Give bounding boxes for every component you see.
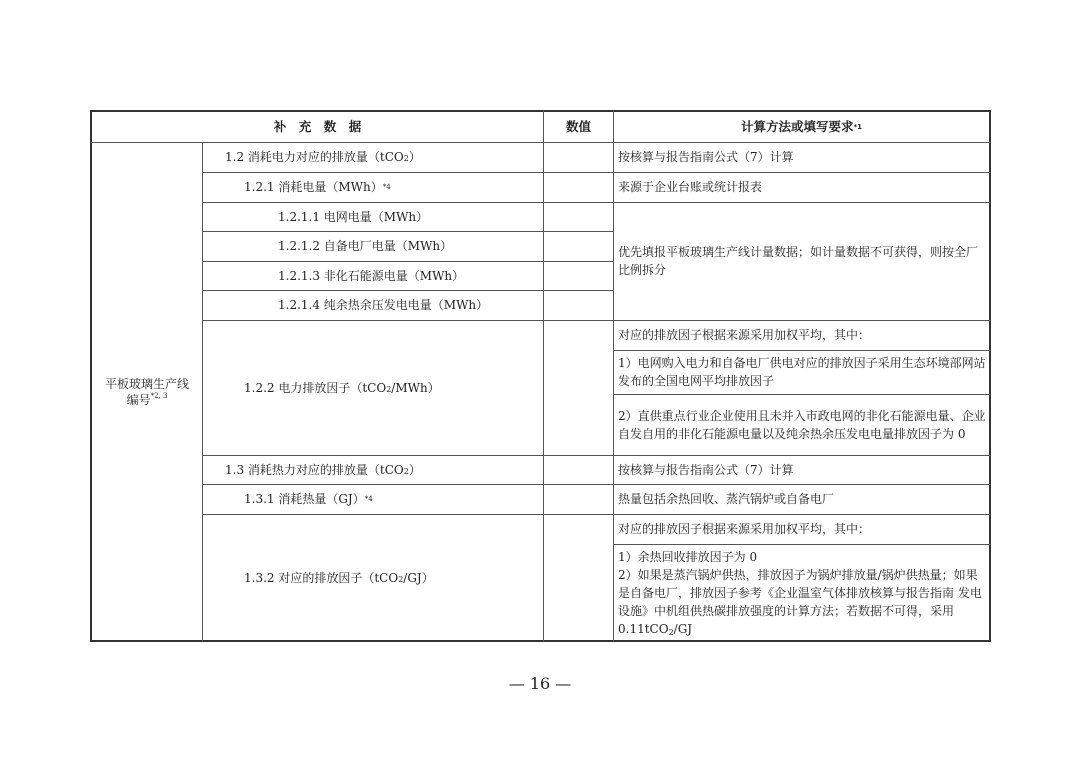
- table-row-1-3: 1.3 消耗热力对应的排放量（tCO2）: [203, 455, 543, 484]
- method-1-2-2-item1: 1）电网购入电力和自备电厂供电对应的排放因子采用生态环境部网站发布的全国电网平均…: [614, 350, 989, 394]
- value-cell-1-2-1-1[interactable]: [544, 203, 613, 231]
- method-1-2-1: 来源于企业台账或统计报表: [614, 172, 989, 202]
- value-cell-1-2-2[interactable]: [544, 321, 613, 455]
- header-method-label: 计算方法或填写要求: [741, 119, 854, 135]
- value-cell-1-3-2[interactable]: [544, 515, 613, 642]
- table-row-1-3-1: 1.3.1 消耗热量（GJ）*4: [203, 484, 543, 514]
- table-row-1-2: 1.2 消耗电力对应的排放量（tCO2）: [203, 142, 543, 172]
- footnote-marker: *4: [365, 495, 373, 503]
- method-1-3-2-detail: 1）余热回收排放因子为 0 2）如果是蒸汽锅炉供热，排放因子为锅炉排放量/锅炉供…: [614, 545, 989, 641]
- method-1-2-1-merged: 优先填报平板玻璃生产线计量数据；如计量数据不可获得，则按全厂比例拆分: [614, 202, 989, 320]
- method-1-2-2-item2: 2）直供重点行业企业使用且未并入市政电网的非化石能源电量、企业自发自用的非化石能…: [614, 394, 989, 455]
- table-row-1-2-1-4: 1.2.1.4 纯余热余压发电电量（MWh）: [203, 290, 543, 320]
- group-label-line2: 编号*2, 3: [127, 392, 168, 408]
- footnote-marker: *1: [853, 123, 862, 131]
- value-cell-1-2[interactable]: [544, 143, 613, 172]
- value-cell-1-2-1[interactable]: [544, 173, 613, 202]
- header-supplementary-data: 补 充 数 据: [92, 112, 543, 142]
- page-number: — 16 —: [0, 674, 1080, 693]
- value-cell-1-3-1[interactable]: [544, 485, 613, 514]
- value-cell-1-2-1-2[interactable]: [544, 232, 613, 261]
- value-cell-1-2-1-4[interactable]: [544, 291, 613, 320]
- value-cell-1-3[interactable]: [544, 456, 613, 484]
- method-1-3-1: 热量包括余热回收、蒸汽锅炉或自备电厂: [614, 484, 989, 514]
- value-cell-1-2-1-3[interactable]: [544, 262, 613, 290]
- group-label-production-line: 平板玻璃生产线 编号*2, 3: [92, 143, 202, 640]
- footnote-marker: *2, 3: [151, 392, 168, 400]
- document-page: 补 充 数 据 数值 计算方法或填写要求*1 平板玻璃生产线 编号*2, 3 1…: [0, 0, 1080, 763]
- table-row-1-2-1-2: 1.2.1.2 自备电厂电量（MWh）: [203, 231, 543, 261]
- table-row-1-3-2: 1.3.2 对应的排放因子（tCO2/GJ）: [203, 514, 543, 642]
- header-method: 计算方法或填写要求*1: [614, 112, 989, 142]
- method-1-3-2-intro: 对应的排放因子根据来源采用加权平均，其中：: [614, 514, 989, 544]
- method-1-3: 按核算与报告指南公式（7）计算: [614, 455, 989, 484]
- method-1-2: 按核算与报告指南公式（7）计算: [614, 142, 989, 172]
- group-label-line1: 平板玻璃生产线: [105, 376, 189, 392]
- header-value: 数值: [544, 112, 613, 142]
- table-row-1-2-1-3: 1.2.1.3 非化石能源电量（MWh）: [203, 261, 543, 290]
- method-1-2-2-intro: 对应的排放因子根据来源采用加权平均，其中：: [614, 320, 989, 350]
- table-row-1-2-1-1: 1.2.1.1 电网电量（MWh）: [203, 202, 543, 231]
- table-row-1-2-1: 1.2.1 消耗电量（MWh）*4: [203, 172, 543, 202]
- footnote-marker: *4: [383, 183, 391, 191]
- table-row-1-2-2: 1.2.2 电力排放因子（tCO2/MWh）: [203, 320, 543, 455]
